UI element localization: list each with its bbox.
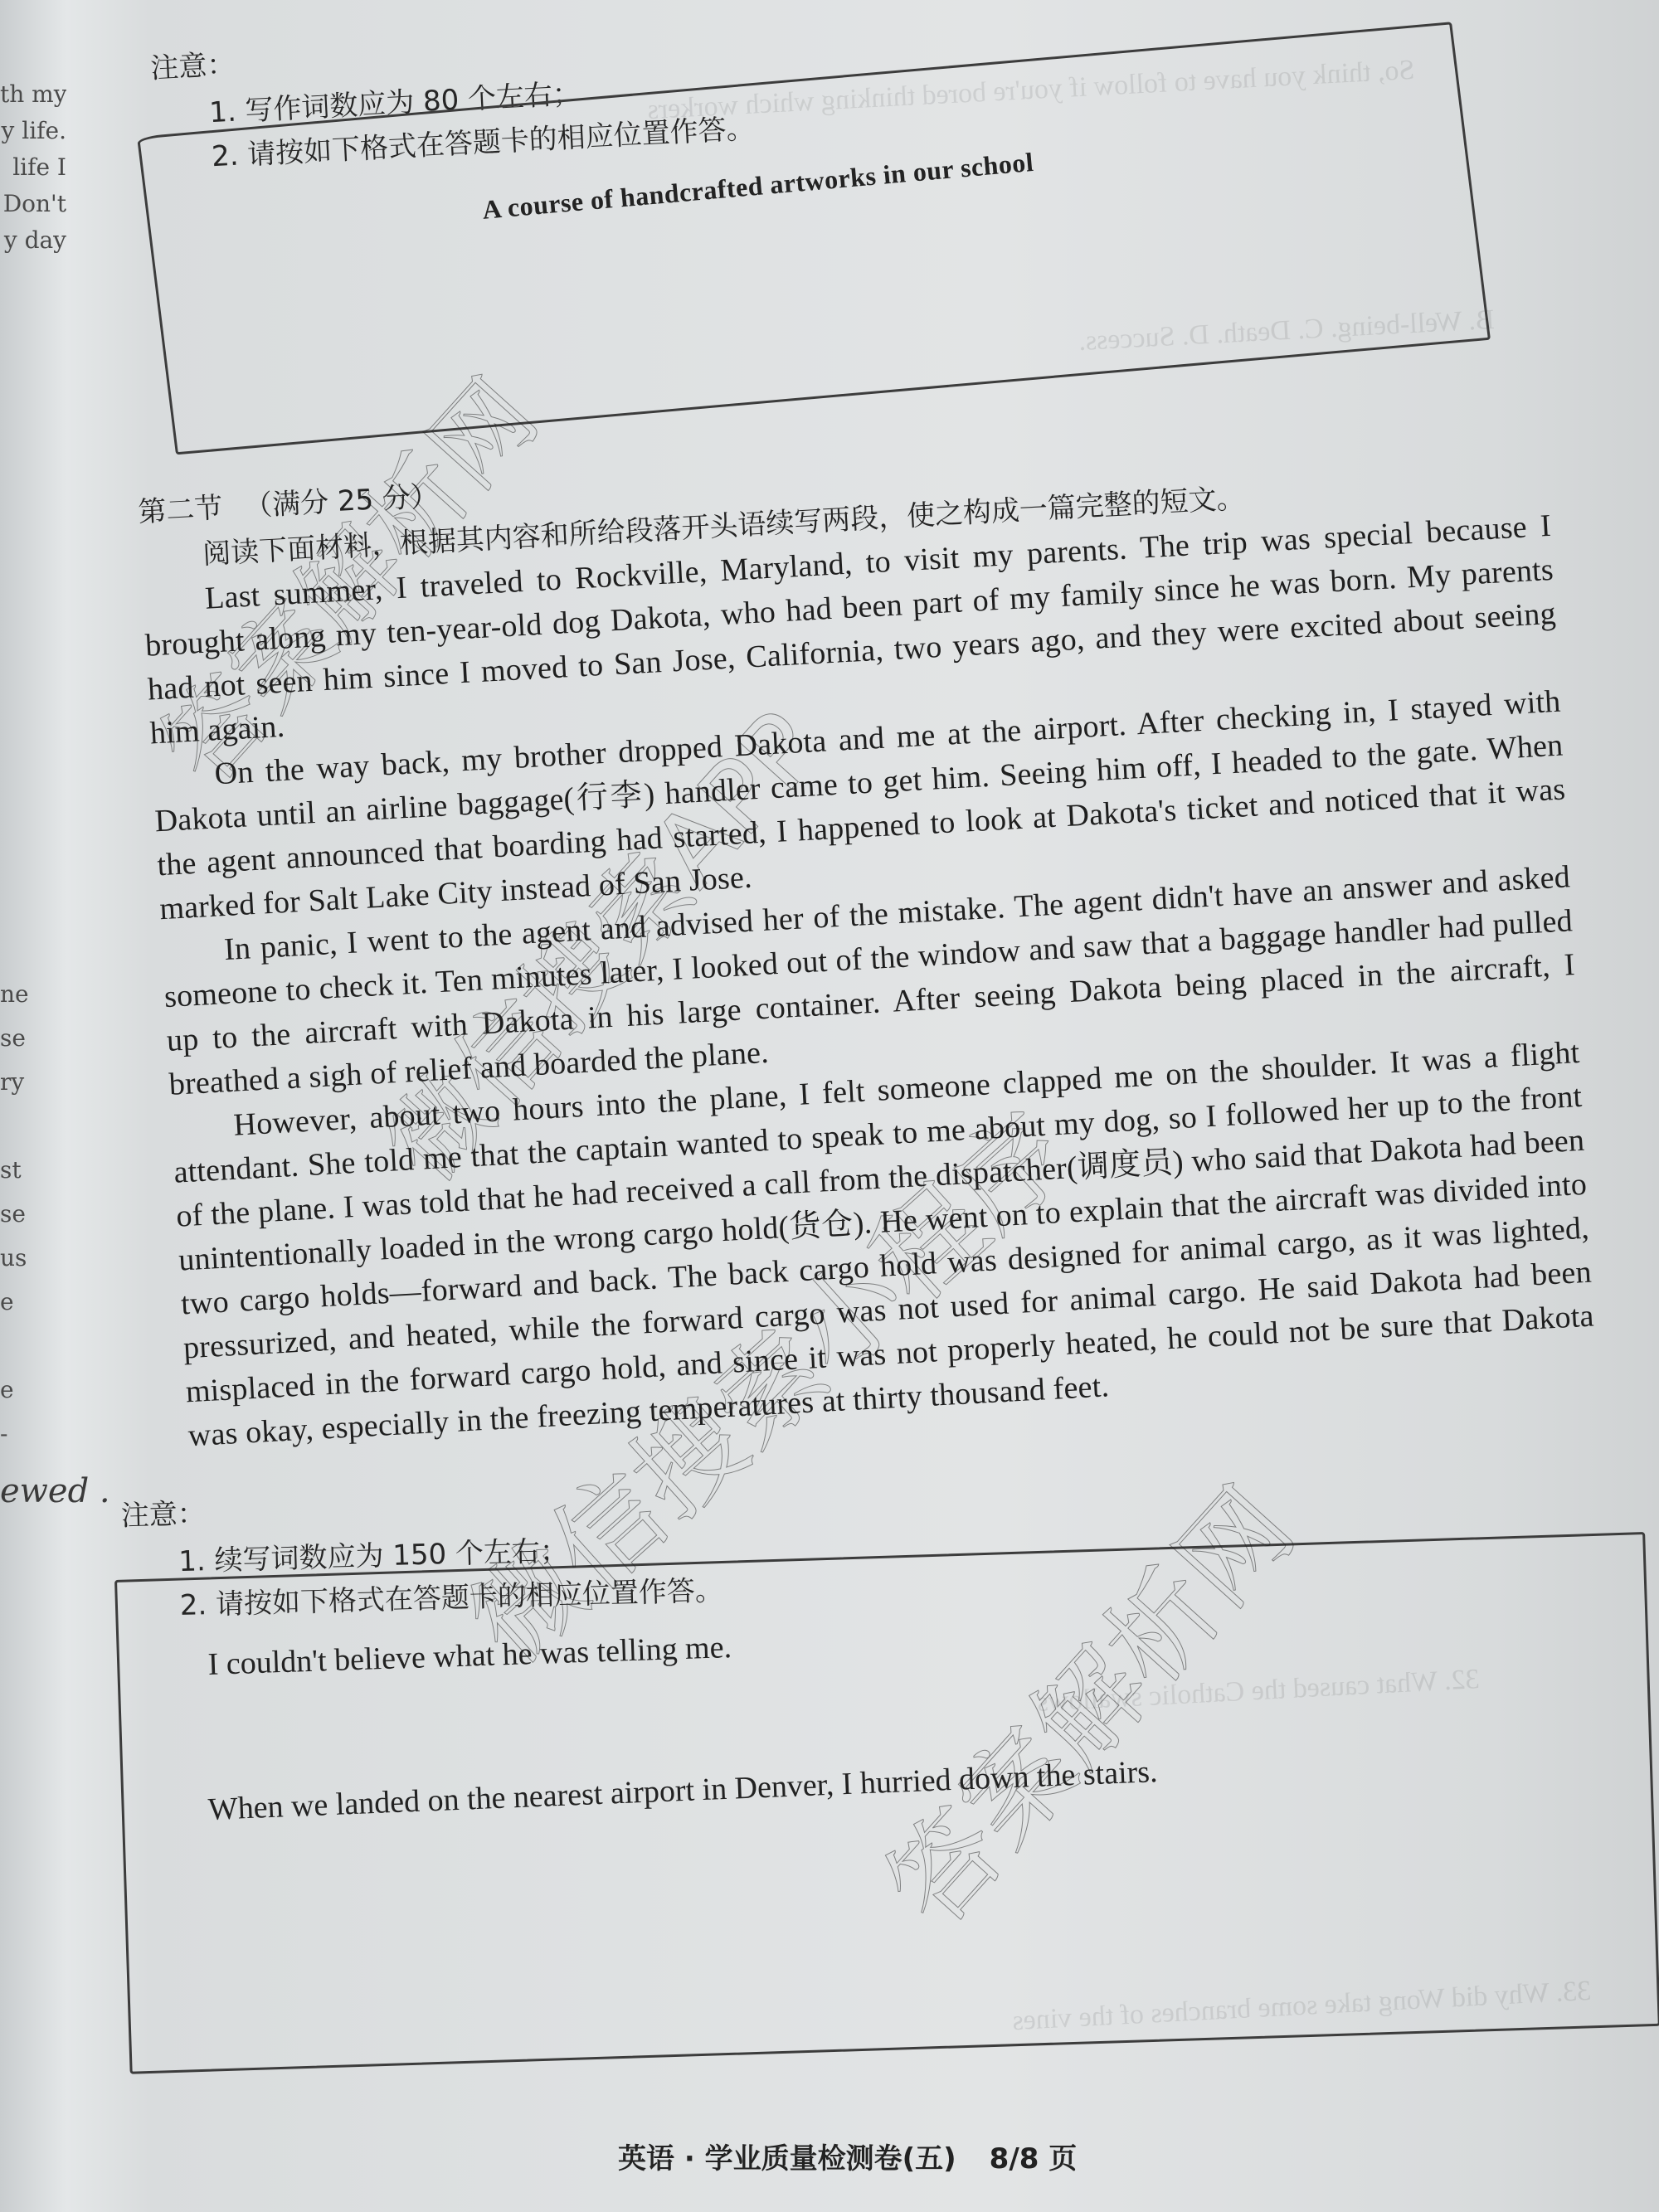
adjacent-page-fragment-upper: th my y life. life I Don't y day: [0, 83, 66, 265]
fragment-line: [0, 1334, 33, 1378]
fragment-line: -: [0, 1422, 33, 1466]
adjacent-page-fragment-lower: ne se ry st se us e e -: [0, 983, 33, 1466]
fragment-line: life I: [0, 156, 66, 192]
fragment-line: th my: [0, 83, 66, 119]
fragment-line: ry: [0, 1071, 33, 1115]
fragment-line: e: [0, 1291, 33, 1334]
fragment-line: y day: [0, 229, 66, 265]
fragment-line: se: [0, 1027, 33, 1071]
exam-page: th my y life. life I Don't y day ne se r…: [0, 0, 1659, 2212]
page-number: 8/8 页: [990, 2142, 1078, 2176]
page-footer: 英语 · 学业质量检测卷(五)8/8 页: [618, 2136, 1077, 2176]
fragment-line: y life.: [0, 119, 66, 156]
fragment-line: [0, 1115, 33, 1159]
fragment-line: se: [0, 1203, 33, 1247]
fragment-line: Don't: [0, 192, 66, 229]
reading-passage: Last summer, I traveled to Rockville, Ma…: [142, 504, 1598, 1458]
fragment-line: us: [0, 1247, 33, 1291]
section-2-score: （满分 25 分）: [243, 479, 440, 523]
passage-paragraph: However, about two hours into the plane,…: [170, 1031, 1597, 1458]
fragment-line: ne: [0, 983, 33, 1027]
fragment-line: st: [0, 1159, 33, 1203]
exam-title: 英语 · 学业质量检测卷(五): [618, 2142, 956, 2176]
fragment-line: e: [0, 1378, 33, 1422]
section-2: 第二节（满分 25 分） 阅读下面材料，根据其内容和所给段落开头语续写两段，使之…: [137, 413, 1598, 1458]
handwritten-note: ewed .: [0, 1472, 110, 1510]
notice-heading: 注意：: [120, 1476, 721, 1534]
section-2-title: 第二节: [137, 491, 223, 528]
